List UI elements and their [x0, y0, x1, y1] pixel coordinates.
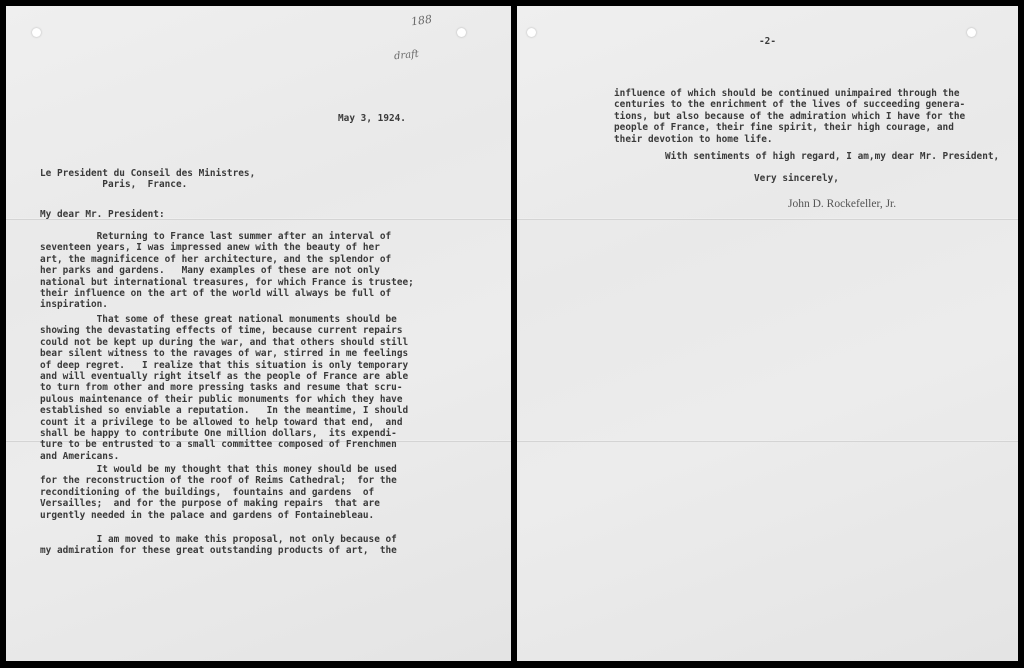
text-line: shall be happy to contribute One million…: [40, 428, 408, 439]
text-line: her parks and gardens. Many examples of …: [40, 265, 414, 276]
page-number: -2-: [759, 36, 776, 47]
text-line: people of France, their fine spirit, the…: [614, 122, 965, 133]
body-paragraph-3: It would be my thought that this money s…: [40, 464, 397, 521]
addressee-block: Le President du Conseil des Ministres, P…: [40, 168, 255, 191]
text-line: my admiration for these great outstandin…: [40, 545, 397, 556]
text-line: seventeen years, I was impressed anew wi…: [40, 242, 414, 253]
text-line: bear silent witness to the ravages of wa…: [40, 348, 408, 359]
punch-hole: [457, 28, 466, 37]
text-line: reconditioning of the buildings, fountai…: [40, 487, 397, 498]
text-line: inspiration.: [40, 299, 414, 310]
text-line: tions, but also because of the admiratio…: [614, 111, 965, 122]
text-line: urgently needed in the palace and garden…: [40, 510, 397, 521]
signature: John D. Rockefeller, Jr.: [788, 198, 896, 210]
addressee-line: Le President du Conseil des Ministres,: [40, 168, 255, 179]
body-paragraph-4: I am moved to make this proposal, not on…: [40, 534, 397, 557]
letter-page-1: 188 draft May 3, 1924. Le President du C…: [6, 6, 511, 661]
handwritten-note: draft: [393, 49, 419, 63]
fold-line: [517, 440, 1018, 442]
closing-line: With sentiments of high regard, I am,my …: [665, 151, 999, 162]
text-line: national but international treasures, fo…: [40, 277, 414, 288]
text-line: their influence on the art of the world …: [40, 288, 414, 299]
text-line: Versailles; and for the purpose of makin…: [40, 498, 397, 509]
body-paragraph-2: That some of these great national monume…: [40, 314, 408, 462]
text-line: influence of which should be continued u…: [614, 88, 965, 99]
text-line: and will eventually right itself as the …: [40, 371, 408, 382]
salutation: My dear Mr. President:: [40, 209, 165, 220]
text-line: Returning to France last summer after an…: [40, 231, 414, 242]
body-paragraph-1: Returning to France last summer after an…: [40, 231, 414, 311]
text-line: their devotion to home life.: [614, 134, 965, 145]
text-line: and Americans.: [40, 451, 408, 462]
text-line: to turn from other and more pressing tas…: [40, 382, 408, 393]
text-line: of deep regret. I realize that this situ…: [40, 360, 408, 371]
text-line: could not be kept up during the war, and…: [40, 337, 408, 348]
text-line: count it a privilege to be allowed to he…: [40, 417, 408, 428]
continuation-paragraph: influence of which should be continued u…: [614, 88, 965, 145]
text-line: for the reconstruction of the roof of Re…: [40, 475, 397, 486]
text-line: pulous maintenance of their public monum…: [40, 394, 408, 405]
fold-line: [517, 218, 1018, 220]
text-line: That some of these great national monume…: [40, 314, 408, 325]
text-line: It would be my thought that this money s…: [40, 464, 397, 475]
valediction: Very sincerely,: [754, 173, 839, 184]
text-line: showing the devastating effects of time,…: [40, 325, 408, 336]
text-line: art, the magnificence of her architectur…: [40, 254, 414, 265]
text-line: ture to be entrusted to a small committe…: [40, 439, 408, 450]
addressee-line: Paris, France.: [40, 179, 255, 190]
handwritten-number: 188: [410, 13, 433, 29]
text-line: established so enviable a reputation. In…: [40, 405, 408, 416]
punch-hole: [527, 28, 536, 37]
letter-date: May 3, 1924.: [338, 113, 406, 124]
text-line: centuries to the enrichment of the lives…: [614, 99, 965, 110]
punch-hole: [967, 28, 976, 37]
punch-hole: [32, 28, 41, 37]
letter-page-2: -2- influence of which should be continu…: [517, 6, 1018, 661]
text-line: I am moved to make this proposal, not on…: [40, 534, 397, 545]
